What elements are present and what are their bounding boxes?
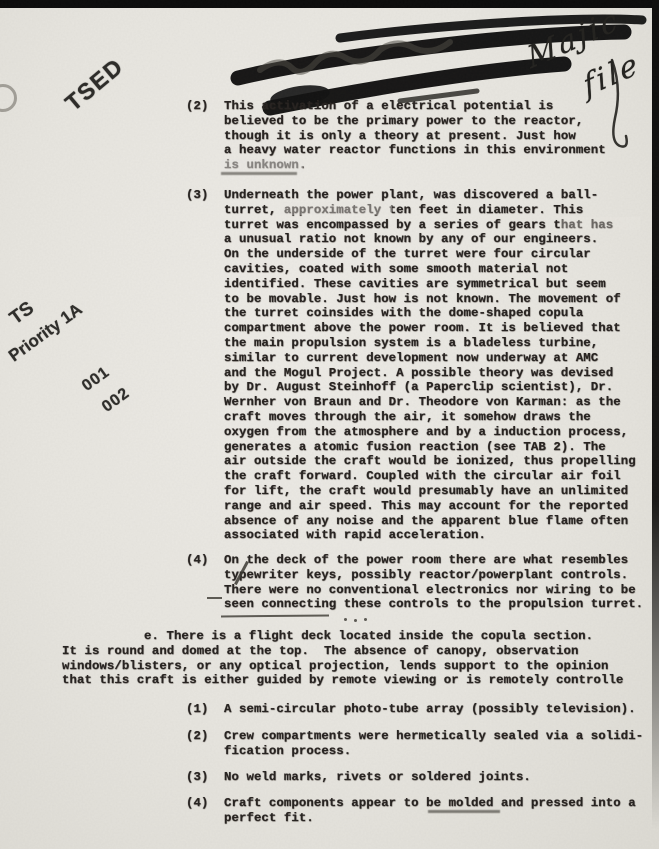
scanned-document-page: Majic file TSED TS Priority 1A 001 002 (… bbox=[0, 0, 659, 849]
paper-grain-texture bbox=[0, 0, 659, 849]
